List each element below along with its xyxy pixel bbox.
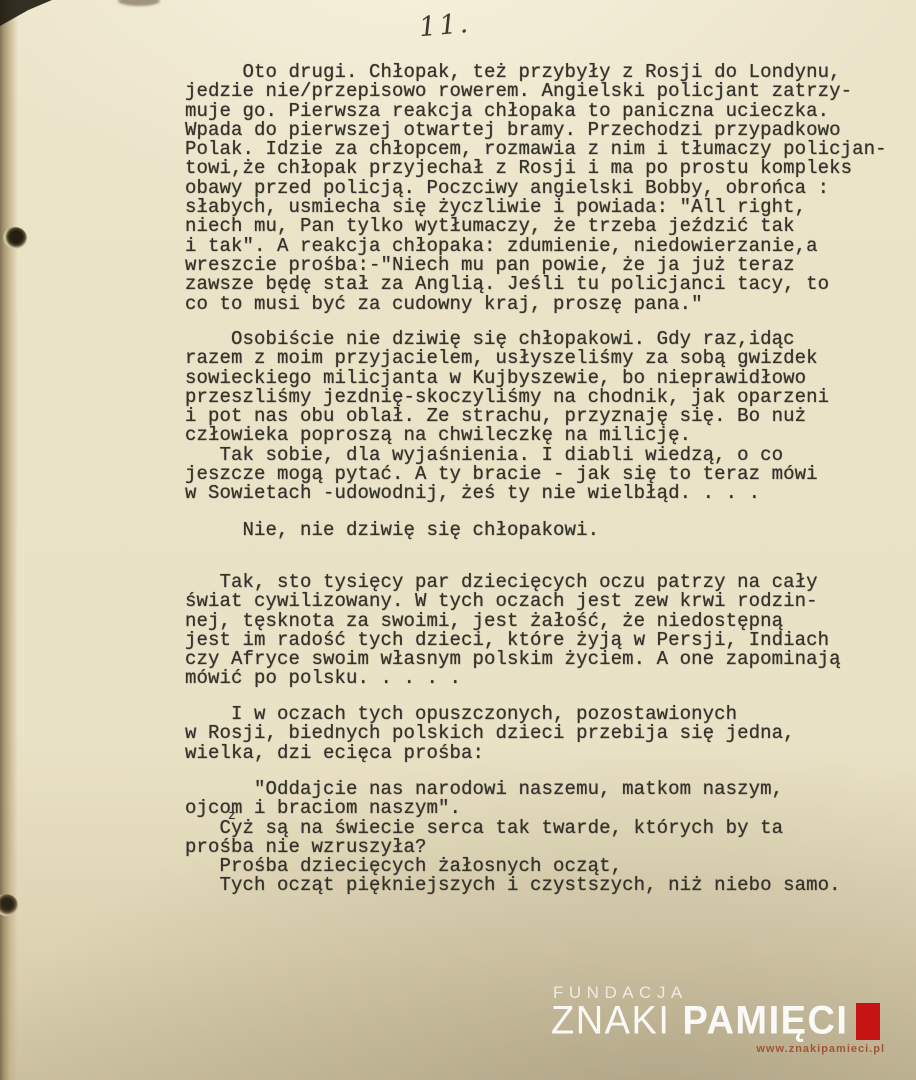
text-line: w Sowietach -udowodnij, żeś ty nie wielb… [185,484,829,503]
typewriter-paragraph: Osobiście nie dziwię się chłopakowi. Gdy… [185,330,829,504]
text-line: muje go. Pierwsza reakcja chłopaka to pa… [185,102,887,121]
text-line: zawsze będę stał za Anglią. Jeśli tu pol… [185,275,887,294]
typewriter-paragraph: I w oczach tych opuszczonych, pozostawio… [185,705,795,763]
text-line: Cyż są na świecie serca tak twarde, któr… [185,819,841,838]
watermark-name-bold: PAMIĘCI [682,1001,848,1041]
watermark-znaki-pamieci: FUNDACJA ZNAKI PAMIĘCI www.znakipamieci.… [533,984,913,1055]
text-line: sowieckiego milicjanta w Kujbyszewie, bo… [185,369,829,388]
text-line: wielka, dzi ecięca prośba: [185,744,795,763]
scanned-document-page: 11. Oto drugi. Chłopak, też przybyły z R… [0,0,916,1080]
text-line: świat cywilizowany. W tych oczach jest z… [185,592,841,611]
text-line: jedzie nie/przepisowo rowerem. Angielski… [185,82,887,101]
text-line: niech mu, Pan tylko wytłumaczy, że trzeb… [185,217,887,236]
text-line: Tych ocząt piękniejszych i czystszych, n… [185,876,841,895]
text-line: w Rosji, biednych polskich dzieci przebi… [185,724,795,743]
watermark-url: www.znakipamieci.pl [533,1044,885,1055]
typewriter-paragraph: Nie, nie dziwię się chłopakowi. [185,521,599,540]
typewritten-text: Oto drugi. Chłopak, też przybyły z Rosji… [0,0,916,1080]
text-line: razem z moim przyjacielem, usłyszeliśmy … [185,349,829,368]
text-line: Nie, nie dziwię się chłopakowi. [185,521,599,540]
watermark-red-block-icon [856,1003,880,1040]
typewriter-paragraph: Oto drugi. Chłopak, też przybyły z Rosji… [185,63,887,314]
typewriter-overstrike-correction: z [228,808,236,823]
text-line: co to musi być za cudowny kraj, proszę p… [185,295,887,314]
typewriter-paragraph: "Oddajcie nas narodowi naszemu, matkom n… [185,780,841,896]
text-line: nej, tęsknota za swoimi, jest żałość, że… [185,612,841,631]
watermark-name-thin: ZNAKI [551,1001,682,1041]
typewriter-paragraph: Tak, sto tysięcy par dziecięcych oczu pa… [185,573,841,689]
text-line: mówić po polsku. . . . . [185,669,841,688]
text-line: ojcom i braciom naszym". [185,799,841,818]
watermark-main-line: ZNAKI PAMIĘCI [551,1002,913,1040]
text-line: człowieka poproszą na chwileczkę na mili… [185,426,829,445]
text-line: towi,że chłopak przyjechał z Rosji i ma … [185,159,887,178]
